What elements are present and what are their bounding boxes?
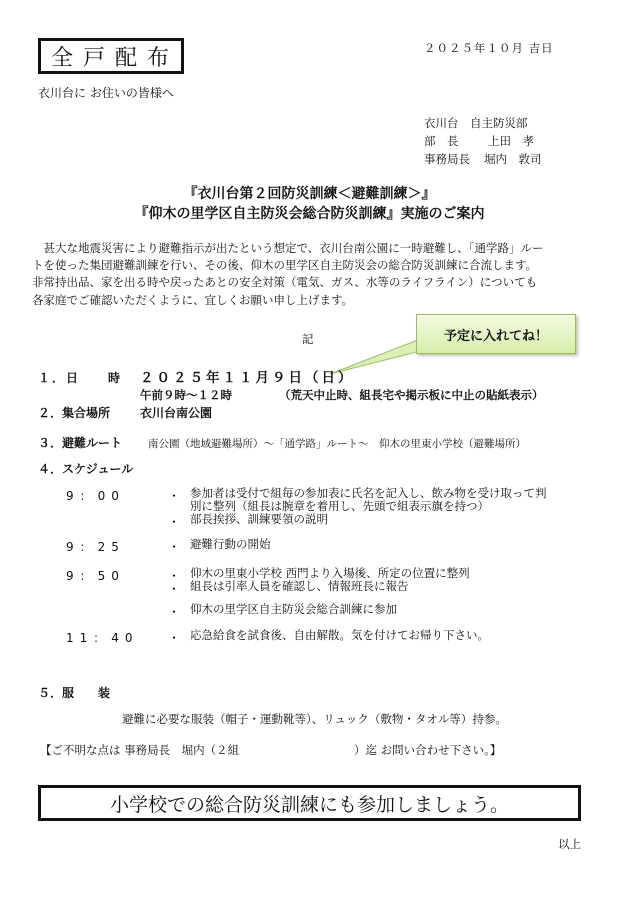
clothing-requirements: 避難に必要な服装（帽子・運動靴等）、リュック（敷物・タオル等）持参。 (122, 711, 507, 727)
meeting-place: 衣川台南公園 (140, 404, 212, 421)
item-place-label: ２．集合場所 (38, 404, 110, 421)
contact-right: ）迄 お問い合わせ下さい。】 (354, 742, 501, 758)
chief-name: 上田 孝 (488, 133, 534, 149)
bullet-icon: ・ (168, 487, 180, 504)
weather-note: （荒天中止時、組長宅や掲示板に中止の貼紙表示） (279, 387, 544, 403)
contact-left: 【ご不明な点は 事務局長 堀内（２組 (40, 742, 239, 758)
bullet-icon: ・ (168, 580, 180, 597)
schedule-text: 避難行動の開始 (190, 538, 271, 551)
event-date: ２０２５年１１月９日（日） (140, 366, 355, 386)
addressee: 衣川台に お住いの皆様へ (38, 84, 174, 101)
title-line-2: 『仰木の里学区自主防災会総合防災訓練』実施のご案内 (0, 203, 619, 223)
bullet-icon: ・ (168, 538, 180, 555)
sender-org: 衣川台 自主防災部 (424, 115, 528, 131)
item-schedule-label: ４．スケジュール (38, 460, 133, 477)
callout-text: 予定に入れてね！ (444, 325, 548, 344)
bullet-icon: ・ (168, 629, 180, 646)
event-time: 午前９時～１２時 (140, 387, 232, 403)
bullet-icon: ・ (168, 603, 180, 620)
intro-line: 各家庭でご確認いただくように、宜しくお願い申し上げます。 (32, 292, 592, 309)
intro-line: トを使った集団避難訓練を行い、その後、仰木の里学区自主防災会の総合防災訓練に合流… (32, 257, 592, 274)
schedule-text: 部長挨拶、訓練要領の説明 (190, 513, 328, 526)
participation-banner: 小学校での総合防災訓練にも参加しましょう。 (38, 785, 581, 821)
banner-text: 小学校での総合防災訓練にも参加しましょう。 (110, 790, 509, 817)
intro-paragraph: 甚大な地震災害により避難指示が出たという想定で、衣川台南公園に一時避難し、「通学… (32, 240, 592, 309)
callout-bubble: 予定に入れてね！ (416, 314, 576, 354)
bullet-icon: ・ (168, 513, 180, 530)
distribution-stamp: 全戸配布 (38, 38, 184, 74)
ki-marker: 記 (302, 331, 314, 347)
schedule-time: 9：50 (66, 567, 125, 584)
schedule-time: 9：25 (66, 538, 125, 555)
schedule-time: 11：40 (66, 629, 139, 646)
schedule-time: 9：00 (66, 487, 125, 504)
closing-mark: 以上 (558, 836, 581, 852)
secretary-title: 事務局長 (424, 151, 470, 167)
document-date: ２０２５年１０月 吉日 (424, 40, 554, 56)
item-route-label: ３．避難ルート (38, 434, 122, 451)
chief-title: 部 長 (424, 133, 459, 149)
schedule-text: 応急給食を試食後、自由解散。気を付けてお帰り下さい。 (190, 629, 489, 642)
intro-line: 甚大な地震災害により避難指示が出たという想定で、衣川台南公園に一時避難し、「通学… (32, 240, 592, 257)
item-datetime-label: １．日 時 (38, 369, 122, 386)
secretary-name: 堀内 敦司 (484, 151, 542, 167)
item-clothing-label: ５．服 装 (38, 684, 110, 701)
evacuation-route: 南公園（地域避難場所）～「通学路」ルート～ 仰木の里東小学校（避難場所） (148, 436, 526, 451)
schedule-text: 仰木の里学区自主防災会総合訓練に参加 (190, 603, 397, 616)
schedule-text: 組長は引率人員を確認し、情報班長に報告 (190, 580, 409, 593)
intro-line: 非常持出品、家を出る時や戻ったあとの安全対策（電気、ガス、水等のライフライン）に… (32, 274, 592, 291)
title-line-1: 『衣川台第２回防災訓練＜避難訓練＞』 (0, 183, 619, 203)
